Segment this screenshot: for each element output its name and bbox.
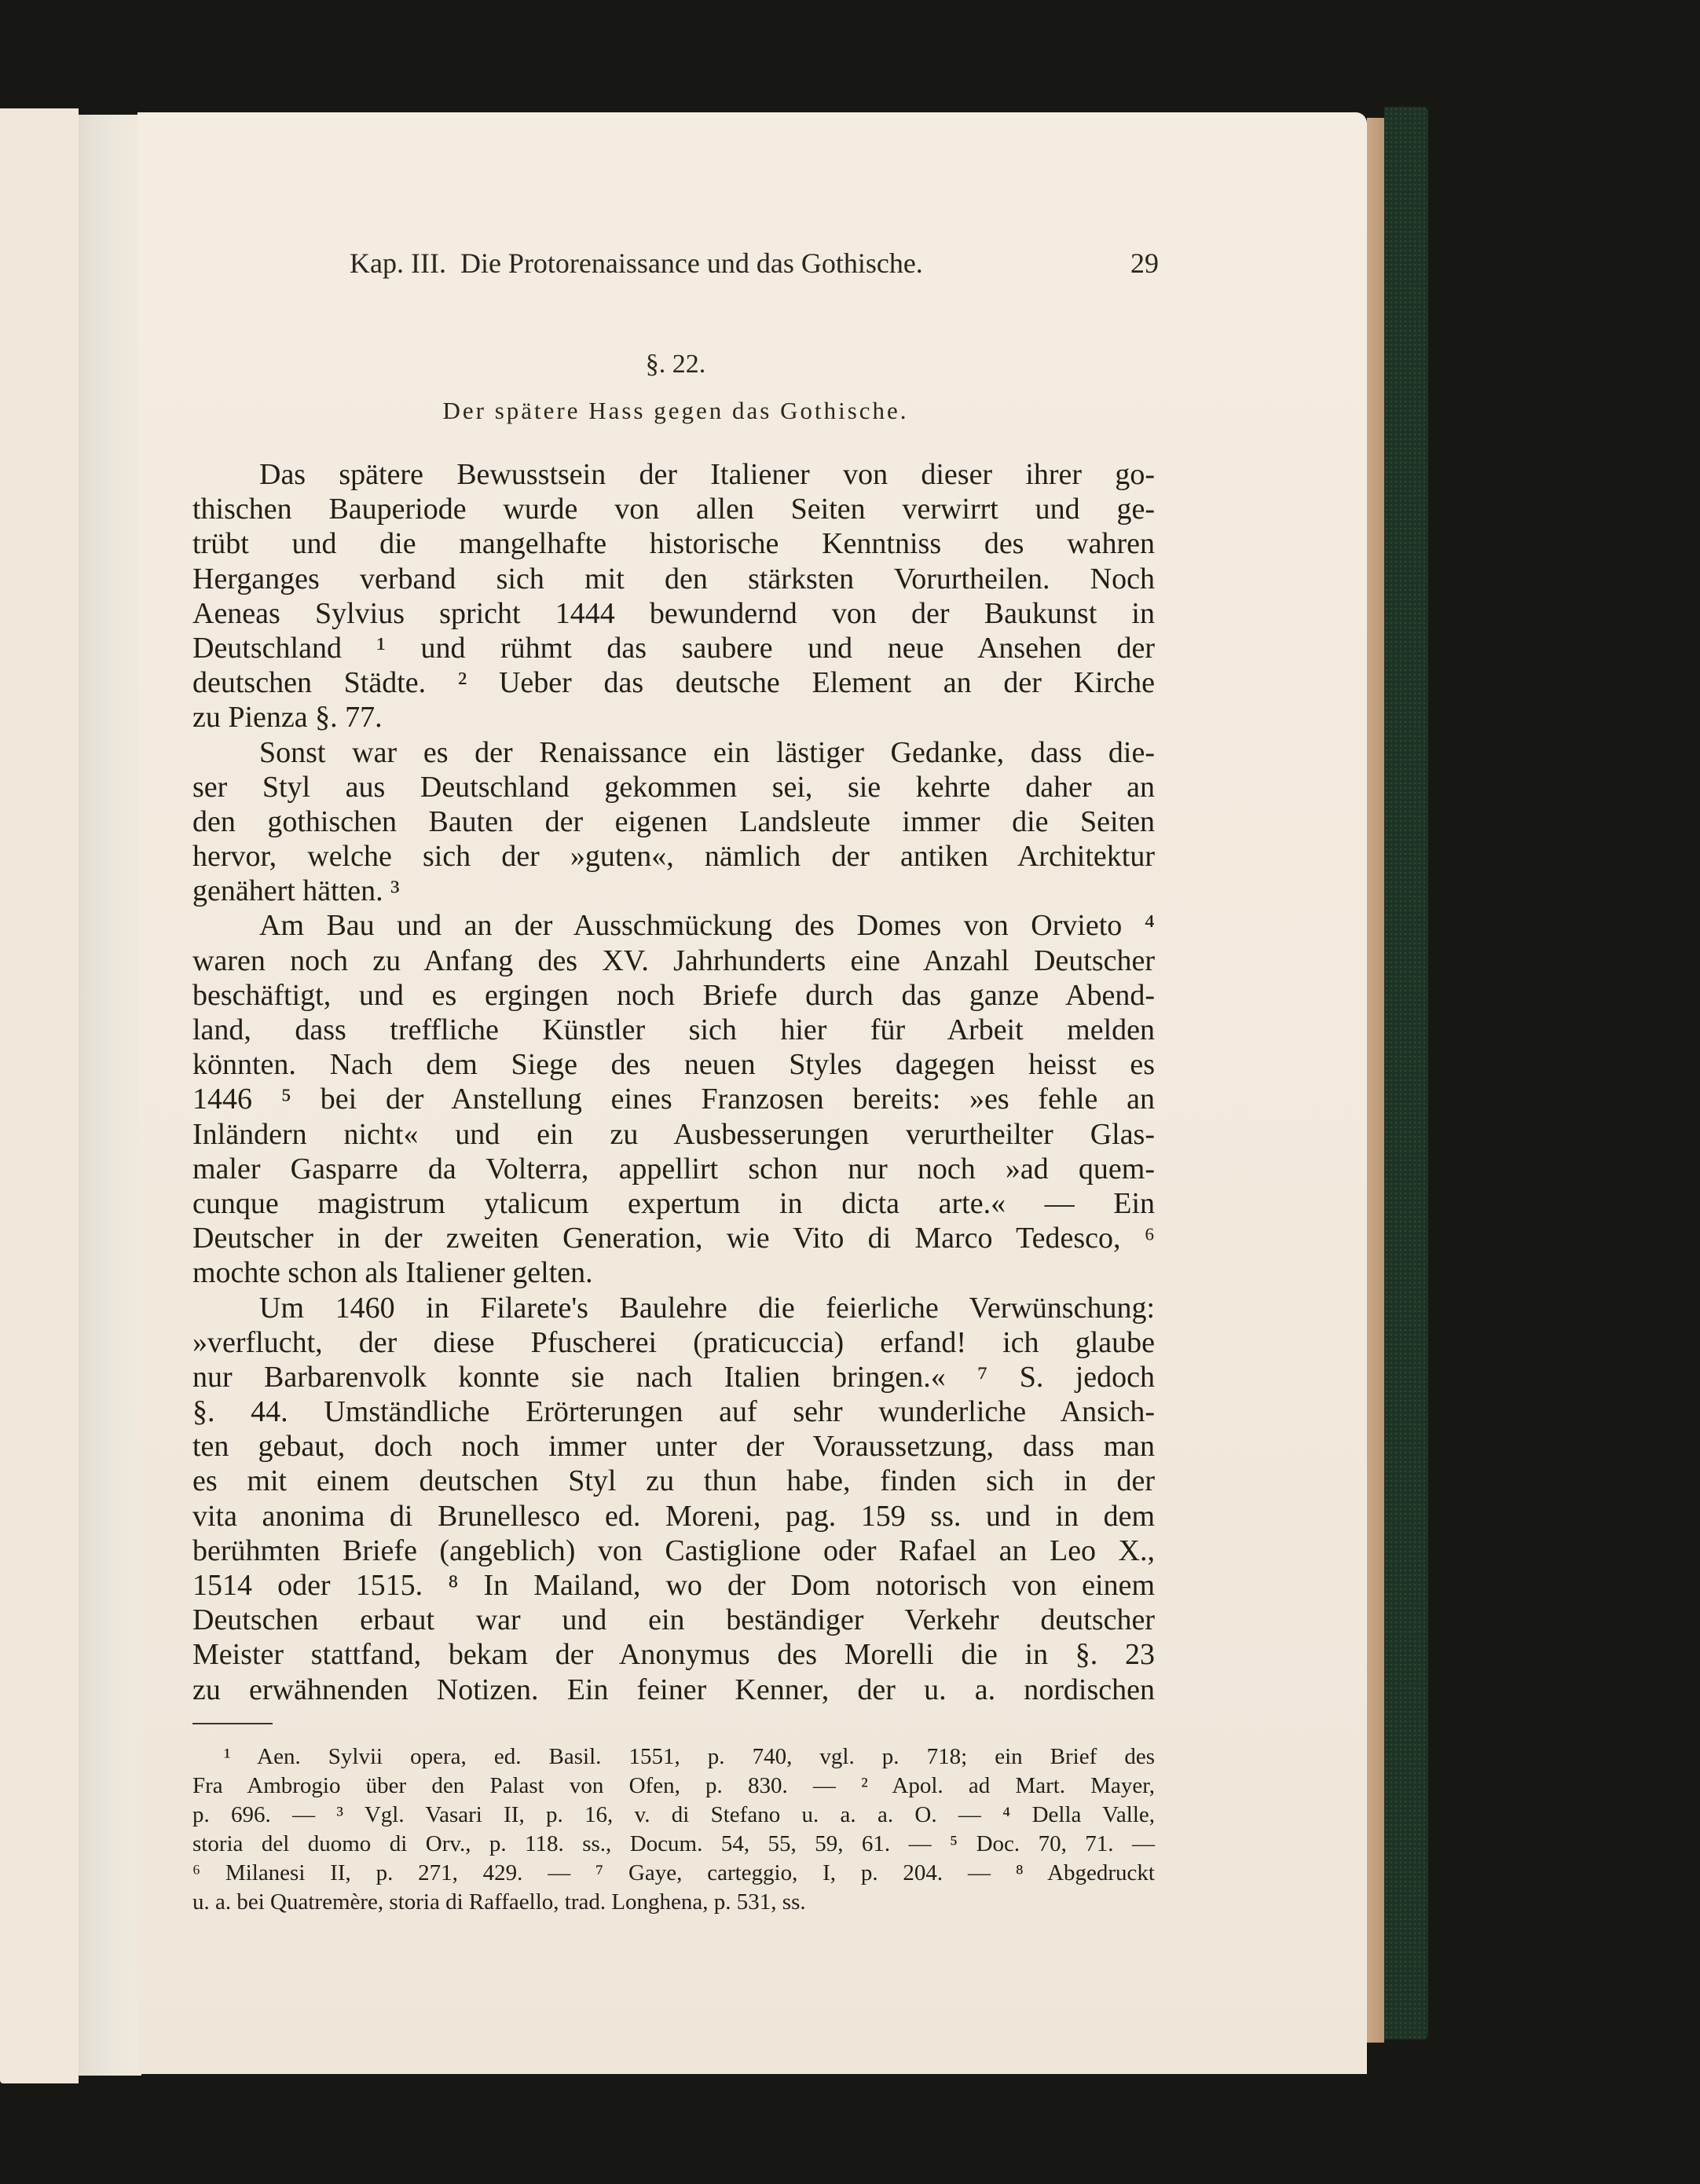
text-line: Meister stattfand, bekam der Anonymus de… xyxy=(192,1637,1155,1672)
text-line: Sonst war es der Renaissance ein lästige… xyxy=(192,735,1155,770)
book-gutter xyxy=(79,115,141,2076)
text-line: ser Styl aus Deutschland gekommen sei, s… xyxy=(192,770,1155,804)
text-line: Deutscher in der zweiten Generation, wie… xyxy=(192,1221,1155,1255)
text-line: vita anonima di Brunellesco ed. Moreni, … xyxy=(192,1499,1155,1534)
text-line: es mit einem deutschen Styl zu thun habe… xyxy=(192,1464,1155,1498)
chapter-title: Kap. III. Die Protorenaissance und das G… xyxy=(350,247,923,280)
text-line: Das spätere Bewusstsein der Italiener vo… xyxy=(192,457,1155,492)
book-cover-leather xyxy=(1384,107,1428,2039)
text-line: cunque magistrum ytalicum expertum in di… xyxy=(192,1186,1155,1221)
text-line: thischen Bauperiode wurde von allen Seit… xyxy=(192,492,1155,526)
text-line: Um 1460 in Filarete's Baulehre die feier… xyxy=(192,1291,1155,1325)
text-line: Herganges verband sich mit den stärksten… xyxy=(192,562,1155,596)
left-page-edge xyxy=(0,108,79,2083)
text-line: Am Bau und an der Ausschmückung des Dome… xyxy=(192,908,1155,943)
text-line: »verflucht, der diese Pfuscherei (pratic… xyxy=(192,1325,1155,1360)
body-text: Das spätere Bewusstsein der Italiener vo… xyxy=(192,457,1155,1707)
section-title: Der spätere Hass gegen das Gothische. xyxy=(141,397,1210,425)
section-number: §. 22. xyxy=(137,350,1214,379)
text-line: 1446 ⁵ bei der Anstellung eines Franzose… xyxy=(192,1082,1155,1116)
text-line: Inländern nicht« und ein zu Ausbesserung… xyxy=(192,1117,1155,1152)
text-line: könnten. Nach dem Siege des neuen Styles… xyxy=(192,1047,1155,1082)
footnote-divider xyxy=(192,1723,273,1724)
text-line: zu Pienza §. 77. xyxy=(192,700,1155,735)
text-line: den gothischen Bauten der eigenen Landsl… xyxy=(192,804,1155,839)
footnote-line: storia del duomo di Orv., p. 118. ss., D… xyxy=(192,1830,1155,1859)
text-line: genähert hätten. ³ xyxy=(192,874,1155,908)
footnote-line: p. 696. — ³ Vgl. Vasari II, p. 16, v. di… xyxy=(192,1801,1155,1830)
text-line: nur Barbarenvolk konnte sie nach Italien… xyxy=(192,1360,1155,1394)
text-line: ten gebaut, doch noch immer unter der Vo… xyxy=(192,1429,1155,1464)
text-line: maler Gasparre da Volterra, appellirt sc… xyxy=(192,1152,1155,1186)
footnotes: ¹ Aen. Sylvii opera, ed. Basil. 1551, p.… xyxy=(192,1742,1155,1917)
text-line: §. 44. Umständliche Erörterungen auf seh… xyxy=(192,1394,1155,1429)
text-line: trübt und die mangelhafte historische Ke… xyxy=(192,526,1155,561)
text-line: Deutschland ¹ und rühmt das saubere und … xyxy=(192,631,1155,665)
running-head: Kap. III. Die Protorenaissance und das G… xyxy=(350,247,1159,286)
text-line: 1514 oder 1515. ⁸ In Mailand, wo der Dom… xyxy=(192,1568,1155,1603)
text-line: waren noch zu Anfang des XV. Jahrhundert… xyxy=(192,944,1155,978)
text-line: beschäftigt, und es ergingen noch Briefe… xyxy=(192,978,1155,1013)
footnote-line: ⁶ Milanesi II, p. 271, 429. — ⁷ Gaye, ca… xyxy=(192,1859,1155,1888)
text-line: mochte schon als Italiener gelten. xyxy=(192,1255,1155,1290)
text-line: Aeneas Sylvius spricht 1444 bewundernd v… xyxy=(192,596,1155,631)
text-line: deutschen Städte. ² Ueber das deutsche E… xyxy=(192,665,1155,700)
text-line: Deutschen erbaut war und ein beständiger… xyxy=(192,1603,1155,1637)
text-line: berühmten Briefe (angeblich) von Castigl… xyxy=(192,1534,1155,1568)
page-number: 29 xyxy=(1130,247,1159,280)
page-block-edge xyxy=(1367,118,1384,2043)
text-line: hervor, welche sich der »guten«, nämlich… xyxy=(192,839,1155,874)
footnote-line: ¹ Aen. Sylvii opera, ed. Basil. 1551, p.… xyxy=(192,1742,1155,1772)
text-line: zu erwähnenden Notizen. Ein feiner Kenne… xyxy=(192,1673,1155,1707)
footnote-line: Fra Ambrogio über den Palast von Ofen, p… xyxy=(192,1772,1155,1801)
text-line: land, dass treffliche Künstler sich hier… xyxy=(192,1013,1155,1047)
footnote-line: u. a. bei Quatremère, storia di Raffaell… xyxy=(192,1888,1155,1917)
